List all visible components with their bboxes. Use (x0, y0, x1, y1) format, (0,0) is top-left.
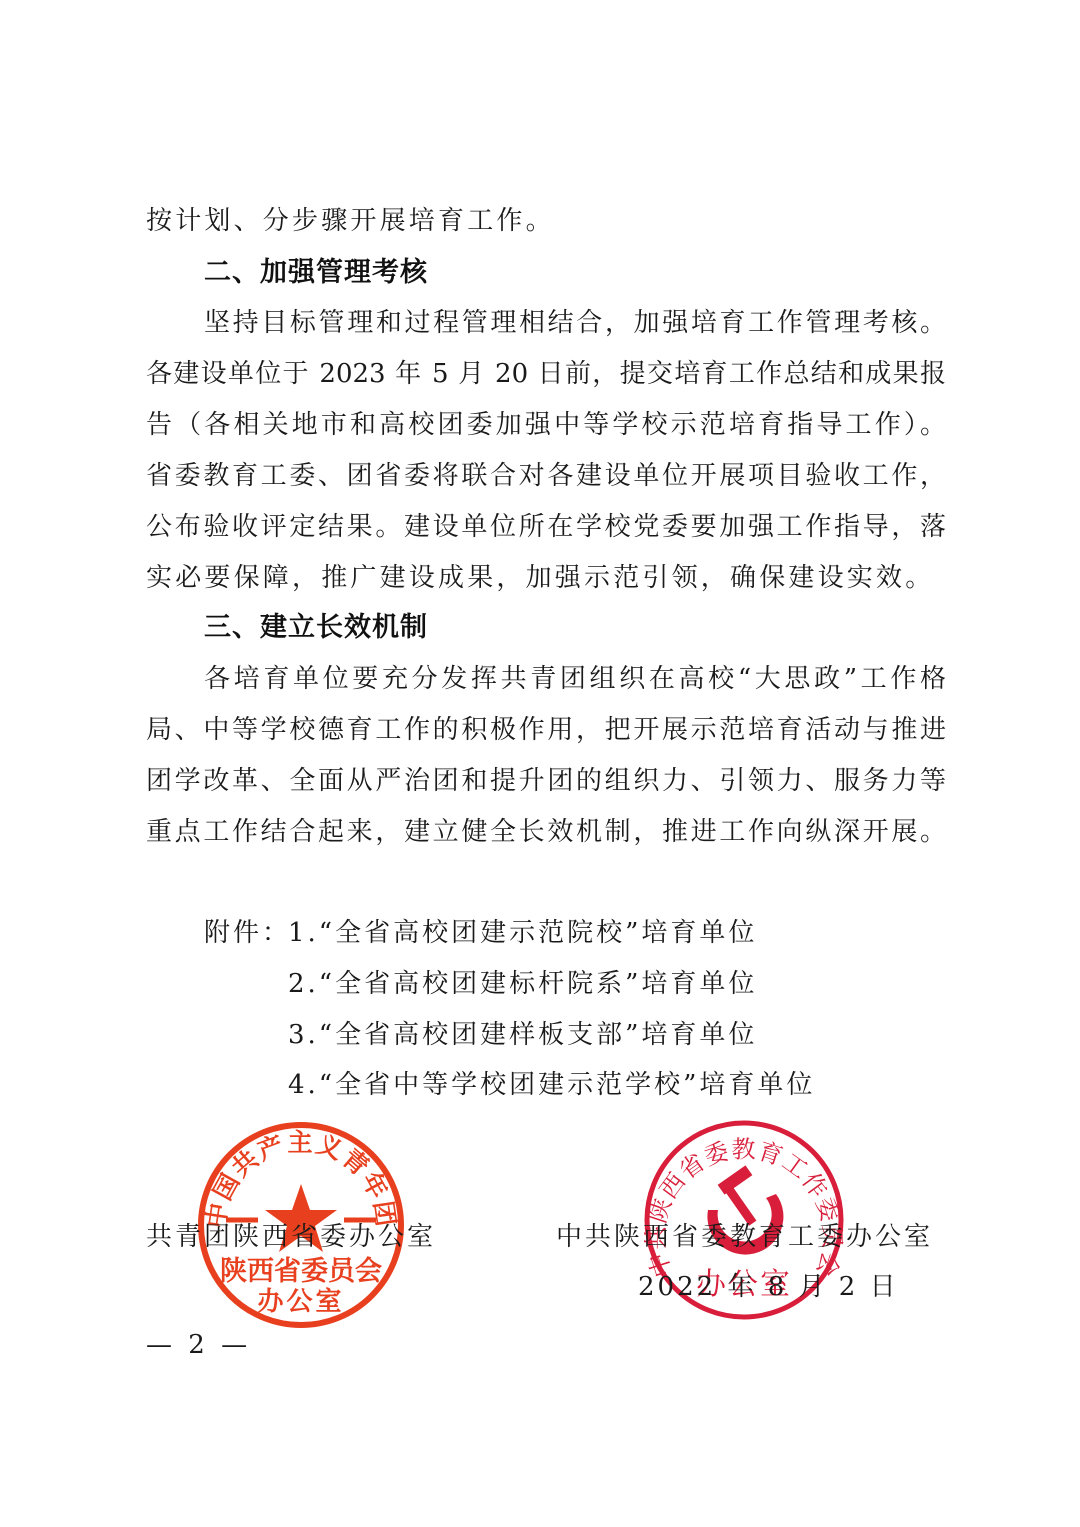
paragraph-line: 告（各相关地市和高校团委加强中等学校示范培育指导工作）。 (146, 408, 946, 442)
paragraph-line: 按计划、分步骤开展培育工作。 (146, 204, 946, 238)
paragraph-line: 局、中等学校德育工作的积极作用，把开展示范培育活动与推进 (146, 713, 946, 747)
section-heading-management: 二、加强管理考核 (204, 256, 428, 290)
document-date: 2022 年 8 月 2 日 (638, 1270, 899, 1304)
section-heading-mechanism: 三、建立长效机制 (204, 611, 428, 645)
attachments-label: 附件： (204, 916, 291, 950)
paragraph-line: 公布验收评定结果。建设单位所在学校党委要加强工作指导，落 (146, 510, 946, 544)
attachment-item: 1.“全省高校团建示范院校”培育单位 (288, 916, 757, 950)
paragraph-line: 各建设单位于 2023 年 5 月 20 日前，提交培育工作总结和成果报 (146, 357, 946, 391)
signature-education-committee-office: 中共陕西省委教育工委办公室 (556, 1220, 933, 1254)
paragraph-line: 重点工作结合起来，建立健全长效机制，推进工作向纵深开展。 (146, 815, 946, 849)
paragraph-line: 省委教育工委、团省委将联合对各建设单位开展项目验收工作， (146, 459, 946, 493)
document-page: 按计划、分步骤开展培育工作。 二、加强管理考核 坚持目标管理和过程管理相结合，加… (0, 0, 1080, 1527)
paragraph-line: 坚持目标管理和过程管理相结合，加强培育工作管理考核。 (204, 306, 946, 340)
attachment-item: 4.“全省中等学校团建示范学校”培育单位 (288, 1068, 815, 1102)
signature-youth-league-office: 共青团陕西省委办公室 (146, 1220, 436, 1254)
seal-center-line: 陕西省委员会 (220, 1255, 382, 1287)
seal-center-line: 办公室 (257, 1287, 344, 1317)
page-number: — 2 — (146, 1328, 251, 1362)
attachment-item: 2.“全省高校团建标杆院系”培育单位 (288, 967, 757, 1001)
paragraph-line: 团学改革、全面从严治团和提升团的组织力、引领力、服务力等 (146, 764, 946, 798)
attachment-item: 3.“全省高校团建样板支部”培育单位 (288, 1018, 757, 1052)
paragraph-line: 各培育单位要充分发挥共青团组织在高校“大思政”工作格 (204, 662, 946, 696)
paragraph-line: 实必要保障，推广建设成果，加强示范引领，确保建设实效。 (146, 561, 946, 595)
